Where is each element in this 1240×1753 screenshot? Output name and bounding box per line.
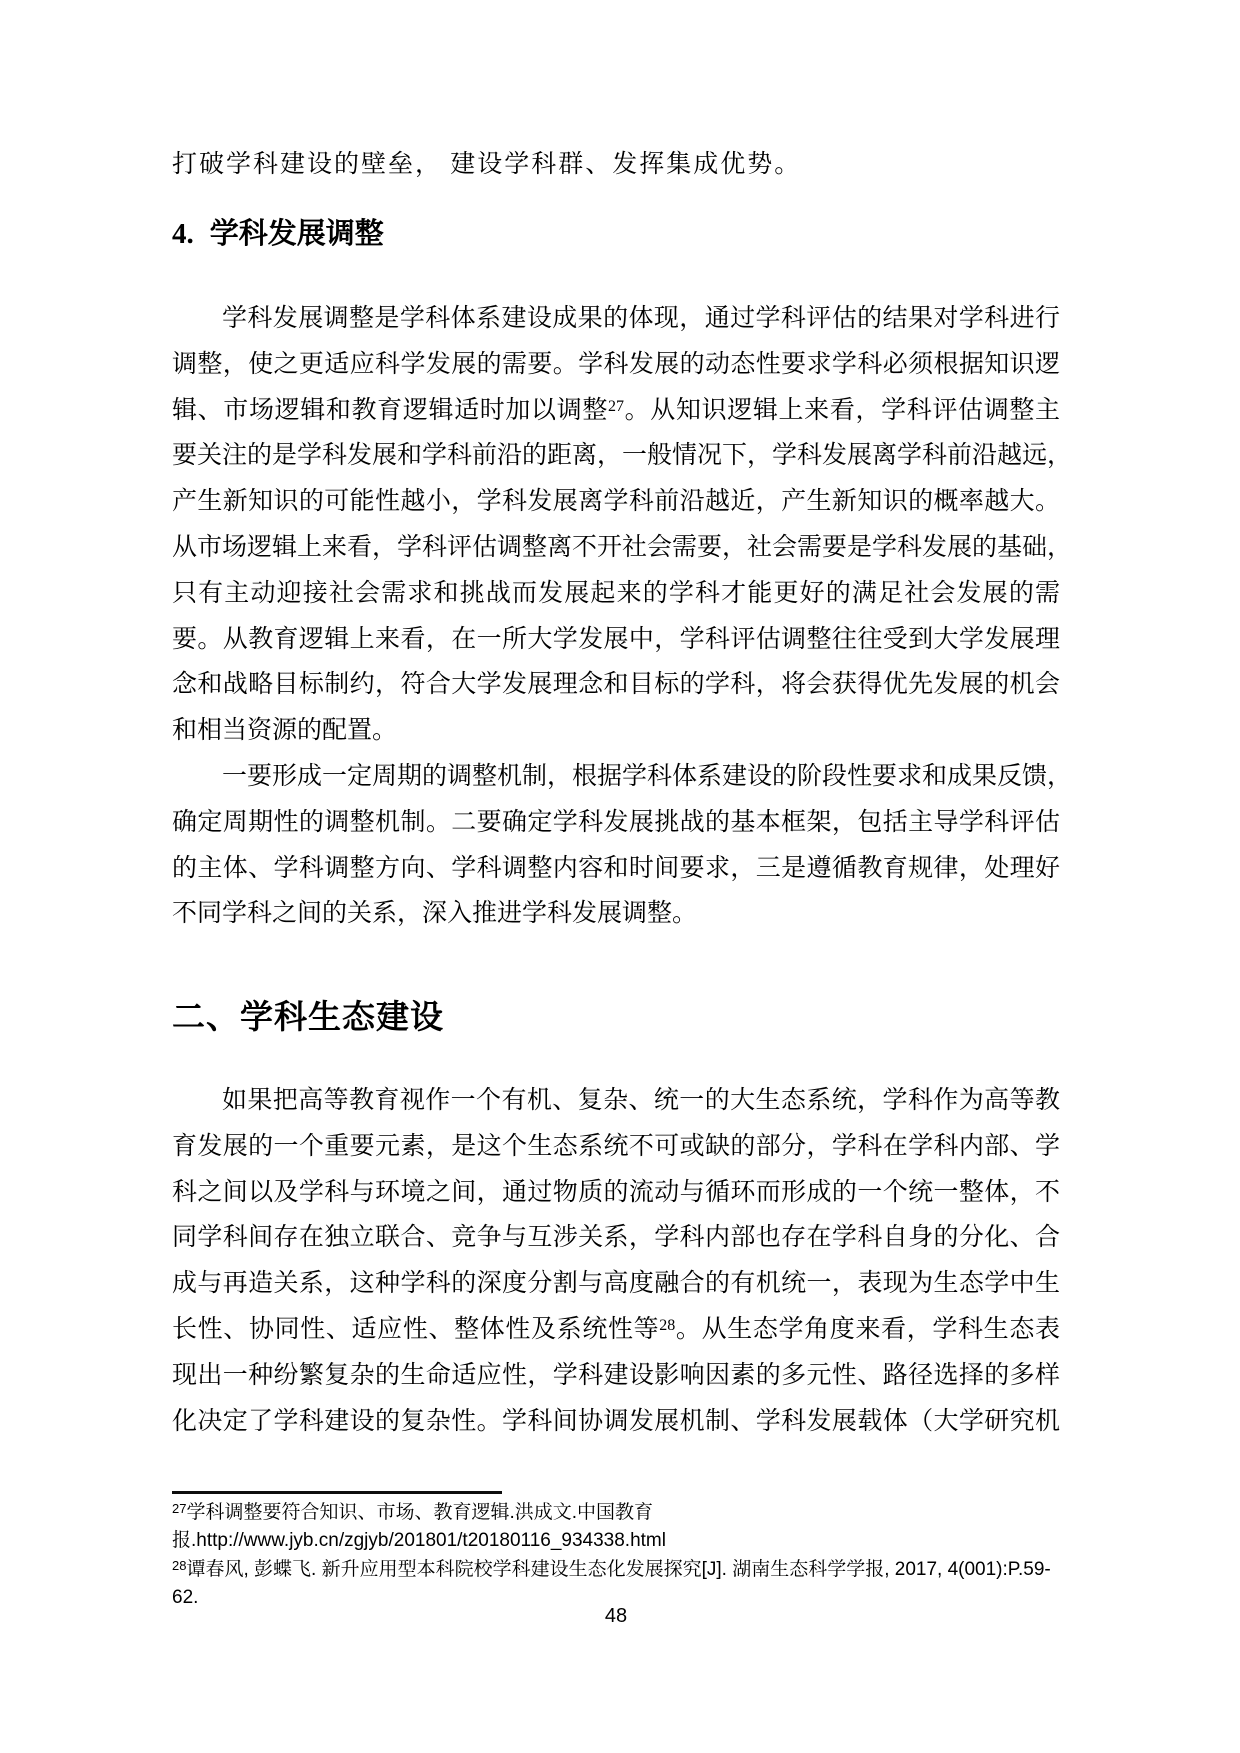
footnote-28: 28谭春风, 彭蝶飞. 新升应用型本科院校学科建设生态化发展探究[J]. 湖南生… (172, 1556, 1088, 1584)
footnotes: 27学科调整要符合知识、市场、教育逻辑.洪成文.中国教育 报.http://ww… (172, 1499, 1088, 1613)
para2-line: 不同学科之间的关系，深入推进学科发展调整。 (172, 891, 1060, 937)
para3-line: 现出一种纷繁复杂的生命适应性，学科建设影响因素的多元性、路径选择的多样 (172, 1353, 1060, 1399)
footnote-27-url: 报.http://www.jyb.cn/zgjyb/201801/t201801… (172, 1527, 1088, 1555)
body-block-2: 如果把高等教育视作一个有机、复杂、统一的大生态系统，学科作为高等教 育发展的一个… (172, 1078, 1060, 1444)
para1-line-text: 辑、市场逻辑和教育逻辑适时加以调整 (172, 397, 608, 424)
para3-line: 科之间以及学科与环境之间，通过物质的流动与循环而形成的一个统一整体，不 (172, 1170, 1060, 1216)
section-heading-title: 学科发展调整 (210, 218, 384, 250)
para1-line: 从市场逻辑上来看，学科评估调整离不开社会需要，社会需要是学科发展的基础， (172, 525, 1060, 571)
footnote-27-text: 学科调整要符合知识、市场、教育逻辑.洪成文.中国教育 (186, 1502, 653, 1523)
para1-line: 要。从教育逻辑上来看，在一所大学发展中，学科评估调整往往受到大学发展理 (172, 617, 1060, 663)
section-heading-4: 4.学科发展调整 (172, 212, 1060, 256)
footnote-28-marker: 28 (172, 1558, 186, 1573)
para3-line: 育发展的一个重要元素，是这个生态系统不可或缺的部分，学科在学科内部、学 (172, 1124, 1060, 1170)
para1-line: 辑、市场逻辑和教育逻辑适时加以调整27。从知识逻辑上来看，学科评估调整主 (172, 388, 1060, 434)
footnote-separator (172, 1491, 502, 1494)
footnote-27: 27学科调整要符合知识、市场、教育逻辑.洪成文.中国教育 (172, 1499, 1088, 1527)
document-page: 打破学科建设的壁垒， 建设学科群、发挥集成优势。 4.学科发展调整 学科发展调整… (0, 0, 1240, 1753)
para3-line: 同学科间存在独立联合、竞争与互涉关系，学科内部也存在学科自身的分化、合 (172, 1215, 1060, 1261)
footnote-ref-27: 27 (608, 398, 624, 415)
para3-line-text: 长性、协同性、适应性、整体性及系统性等 (172, 1316, 659, 1343)
footnote-27-marker: 27 (172, 1501, 186, 1516)
para3-line: 长性、协同性、适应性、整体性及系统性等28。从生态学角度来看，学科生态表 (172, 1307, 1060, 1353)
intro-line: 打破学科建设的壁垒， 建设学科群、发挥集成优势。 (172, 142, 1060, 188)
para2-line: 的主体、学科调整方向、学科调整内容和时间要求，三是遵循教育规律，处理好 (172, 846, 1060, 892)
page-number: 48 (172, 1602, 1060, 1630)
para1-line: 念和战略目标制约，符合大学发展理念和目标的学科，将会获得优先发展的机会 (172, 662, 1060, 708)
para1-line: 和相当资源的配置。 (172, 708, 1060, 754)
para1-line: 只有主动迎接社会需求和挑战而发展起来的学科才能更好的满足社会发展的需 (172, 571, 1060, 617)
body-block-1: 学科发展调整是学科体系建设成果的体现，通过学科评估的结果对学科进行 调整，使之更… (172, 296, 1060, 937)
para1-line: 产生新知识的可能性越小，学科发展离学科前沿越近，产生新知识的概率越大。 (172, 479, 1060, 525)
para1-line: 学科发展调整是学科体系建设成果的体现，通过学科评估的结果对学科进行 (172, 296, 1060, 342)
para2-line: 确定周期性的调整机制。二要确定学科发展挑战的基本框架，包括主导学科评估 (172, 800, 1060, 846)
para3-line: 化决定了学科建设的复杂性。学科间协调发展机制、学科发展载体（大学研究机 (172, 1399, 1060, 1445)
para2-line: 一要形成一定周期的调整机制，根据学科体系建设的阶段性要求和成果反馈， (172, 754, 1060, 800)
para1-line: 调整，使之更适应科学发展的需要。学科发展的动态性要求学科必须根据知识逻 (172, 342, 1060, 388)
footnote-28-text: 谭春风, 彭蝶飞. 新升应用型本科院校学科建设生态化发展探究[J]. 湖南生态科… (186, 1559, 1050, 1580)
para3-line-text: 。从生态学角度来看，学科生态表 (675, 1316, 1060, 1343)
para1-line-text: 。从知识逻辑上来看，学科评估调整主 (624, 397, 1060, 424)
footnote-ref-28: 28 (659, 1317, 675, 1334)
section-heading-number: 4. (172, 218, 194, 250)
para3-line: 如果把高等教育视作一个有机、复杂、统一的大生态系统，学科作为高等教 (172, 1078, 1060, 1124)
para3-line: 成与再造关系，这种学科的深度分割与高度融合的有机统一，表现为生态学中生 (172, 1261, 1060, 1307)
section-heading-2: 二、学科生态建设 (172, 994, 1060, 1040)
para1-line: 要关注的是学科发展和学科前沿的距离，一般情况下，学科发展离学科前沿越远， (172, 433, 1060, 479)
